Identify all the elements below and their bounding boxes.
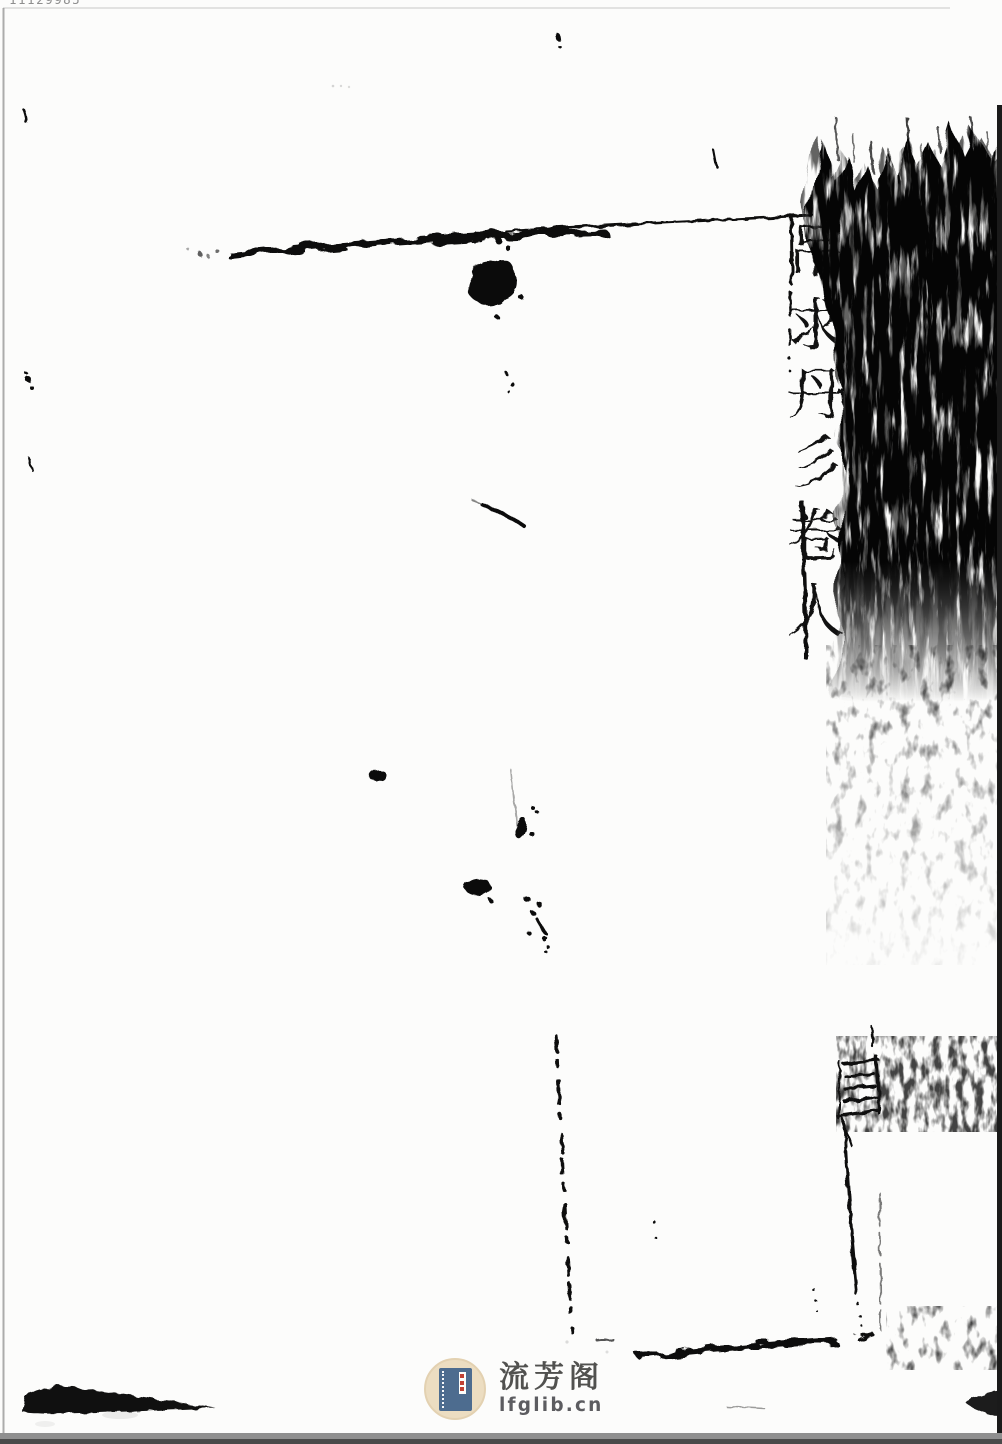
book-logo-icon (424, 1358, 486, 1420)
ink-speck (555, 34, 561, 40)
faint-smudges (35, 85, 609, 1427)
ink-speck (536, 901, 542, 907)
bottom-frame-tick (858, 1334, 872, 1338)
rough-frame-strokes (230, 232, 872, 1357)
column-divider-dashed (556, 1036, 572, 1332)
obscured-character: 彡 (787, 430, 845, 495)
wisp (971, 118, 973, 146)
ink-speck (536, 918, 545, 933)
ink-speck (559, 46, 562, 49)
ink-speck (216, 250, 220, 254)
obscured-character: 丹 (787, 362, 845, 427)
frame-top-line-rough (230, 232, 604, 255)
faint-streak (511, 770, 517, 828)
gray-speck (340, 85, 342, 87)
book-title-label (459, 1372, 466, 1394)
ink-speck (495, 315, 499, 319)
scanned-book-page: 11129985 (0, 0, 1002, 1444)
watermark-site-name: 流芳阁 (499, 1362, 604, 1394)
ink-speck (655, 1237, 658, 1240)
wisp (987, 132, 988, 154)
page-edge-bottom-gray (0, 1433, 1002, 1439)
ink-speck (510, 382, 514, 386)
ink-speck (488, 898, 492, 902)
bottom-frame-dash (598, 1339, 612, 1341)
faint-line (726, 1406, 764, 1408)
page-edge-bottom-dark (0, 1439, 1002, 1444)
ink-blob-small (370, 770, 386, 781)
speckle-zone-below-band (826, 645, 1002, 965)
line-fade-dot (815, 1300, 818, 1303)
gray-smudge (102, 1411, 138, 1419)
wisp (871, 142, 873, 172)
ink-speck (531, 911, 536, 916)
bottom-right-vertical-faint (879, 1192, 881, 1330)
speckle-zone-mid-right (836, 1036, 1002, 1132)
ink-artifact-layer: 吊 求 丹 彡 卷 人 (0, 0, 1002, 1444)
corner-wedge-bottom-left (22, 1386, 216, 1414)
wisp (921, 144, 922, 168)
gray-speck (565, 1340, 568, 1343)
ink-tick (713, 150, 716, 166)
ink-speck (527, 931, 531, 935)
wisp (836, 118, 838, 160)
ink-blob-large (468, 260, 517, 307)
bottom-right-vertical (846, 1152, 857, 1294)
ink-speck (535, 810, 539, 814)
ink-speck (506, 246, 511, 251)
watermark-site-domain: lfglib.cn (499, 1395, 604, 1416)
ink-speck (524, 896, 530, 902)
wisp (853, 134, 854, 162)
speckle-zone-bottom-right (886, 1306, 1002, 1370)
ink-speck (188, 249, 191, 252)
line-fade-dot (856, 1302, 859, 1305)
line-fade-dot (858, 1314, 861, 1317)
ink-speck (542, 936, 547, 941)
ink-speck (206, 254, 209, 257)
line-fade-dot (816, 1310, 818, 1312)
watermark: 流芳阁 lfglib.cn (424, 1358, 604, 1420)
diagonal-ink-stroke (482, 504, 524, 526)
gray-smudge (35, 1421, 55, 1427)
watermark-text: 流芳阁 lfglib.cn (499, 1362, 604, 1416)
ink-speck (472, 500, 480, 503)
label-mark (460, 1387, 464, 1391)
label-mark (460, 1374, 464, 1378)
gray-speck (606, 1351, 609, 1354)
ink-speck (530, 832, 535, 837)
page-edge-right (997, 105, 1002, 1444)
ink-speck (30, 386, 34, 390)
ink-blob-medium (464, 878, 491, 895)
gray-speck (332, 85, 335, 88)
line-fade-dot (860, 1324, 862, 1326)
ink-speck (496, 238, 503, 245)
ink-speck (545, 951, 548, 954)
gray-speck (348, 86, 350, 88)
edge-tick (29, 458, 32, 470)
corner-wedge-bottom-right (966, 1390, 1002, 1417)
stitched-book-icon (439, 1368, 472, 1411)
obscured-character: 卷 (787, 504, 845, 569)
ink-speck (26, 377, 32, 383)
ink-speck (547, 946, 551, 950)
ink-speck (198, 252, 203, 257)
frame-top-line (505, 215, 812, 231)
wisp (939, 128, 940, 152)
scan-id-partial: 11129985 (9, 0, 81, 7)
line-fade-dot (813, 1289, 816, 1292)
ink-speck (479, 239, 483, 243)
ink-speck (26, 373, 29, 376)
label-mark (460, 1381, 464, 1385)
ink-speck (518, 294, 523, 299)
edge-tick (24, 110, 26, 122)
ink-speck (652, 1220, 655, 1223)
ink-speck (531, 806, 535, 810)
ink-speck (472, 231, 477, 236)
bottom-frame-line (640, 1340, 834, 1357)
ink-speck (505, 372, 509, 376)
ink-speck (485, 234, 490, 239)
ink-speck (508, 391, 511, 394)
